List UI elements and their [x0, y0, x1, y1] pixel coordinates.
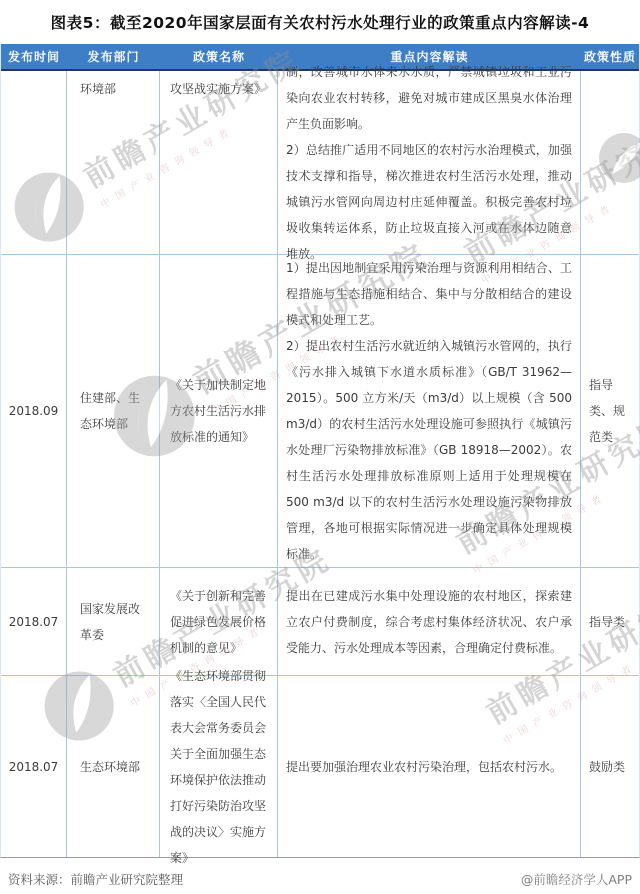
- cell-policy: 攻坚战实施方案》: [160, 71, 278, 254]
- col-header-policy-name: 政策名称: [160, 44, 278, 69]
- table-row: 2018.09 住建部、生态环境部 《关于加快制定地方农村生活污水排放标准的通知…: [1, 255, 639, 568]
- cell-date: [1, 71, 67, 254]
- credit-note: @前瞻经济学人APP: [521, 870, 632, 888]
- cell-date: 2018.09: [1, 255, 67, 567]
- cell-nature: 鼓励类: [581, 676, 639, 857]
- cell-nature: 指导类: [581, 568, 639, 675]
- cell-date: 2018.07: [1, 568, 67, 675]
- cell-dept: 国家发展改革委: [67, 568, 160, 675]
- cell-dept: 环境部: [67, 71, 160, 254]
- cell-policy: 《生态环境部贯彻落实〈全国人民代表大会常务委员会关于全面加强生态环境保护依法推动…: [160, 676, 278, 857]
- page-title: 图表5：截至2020年国家层面有关农村污水处理行业的政策重点内容解读-4: [0, 0, 640, 44]
- source-note: 资料来源：前瞻产业研究院整理: [8, 870, 183, 888]
- page: 图表5：截至2020年国家层面有关农村污水处理行业的政策重点内容解读-4 发布时…: [0, 0, 640, 894]
- col-header-publish-dept: 发布部门: [67, 44, 160, 69]
- col-header-policy-nature: 政策性质: [581, 44, 639, 69]
- col-header-publish-date: 发布时间: [1, 44, 67, 69]
- table-row: 2018.07 国家发展改革委 《关于创新和完善促进绿色发展价格机制的意见》 提…: [1, 568, 639, 676]
- cell-policy: 《关于创新和完善促进绿色发展价格机制的意见》: [160, 568, 278, 675]
- cell-content: 提出在已建成污水集中处理设施的农村地区，探索建立农户付费制度，综合考虑村集体经济…: [278, 568, 581, 675]
- cell-nature: [581, 71, 639, 254]
- cell-content: 1）提出因地制宜采用污染治理与资源利用相结合、工程措施与生态措施相结合、集中与分…: [278, 255, 581, 567]
- table-row: 2018.07 生态环境部 《生态环境部贯彻落实〈全国人民代表大会常务委员会关于…: [1, 676, 639, 857]
- cell-date: 2018.07: [1, 676, 67, 857]
- cell-dept: 生态环境部: [67, 676, 160, 857]
- cell-content: 提出要加强治理农业农村污染治理，包括农村污水。: [278, 676, 581, 857]
- footer: 资料来源：前瞻产业研究院整理 @前瞻经济学人APP: [0, 858, 640, 888]
- table-row: 环境部 攻坚战实施方案》 制，改善城市水体来水水质，严禁城镇垃圾和工业污染向农业…: [1, 71, 639, 255]
- cell-content: 制，改善城市水体来水水质，严禁城镇垃圾和工业污染向农业农村转移，避免对城市建成区…: [278, 71, 581, 254]
- policy-table: 发布时间 发布部门 政策名称 重点内容解读 政策性质 环境部 攻坚战实施方案》 …: [0, 44, 640, 858]
- cell-dept: 住建部、生态环境部: [67, 255, 160, 567]
- cell-policy: 《关于加快制定地方农村生活污水排放标准的通知》: [160, 255, 278, 567]
- cell-nature: 指导类、规范类: [581, 255, 639, 567]
